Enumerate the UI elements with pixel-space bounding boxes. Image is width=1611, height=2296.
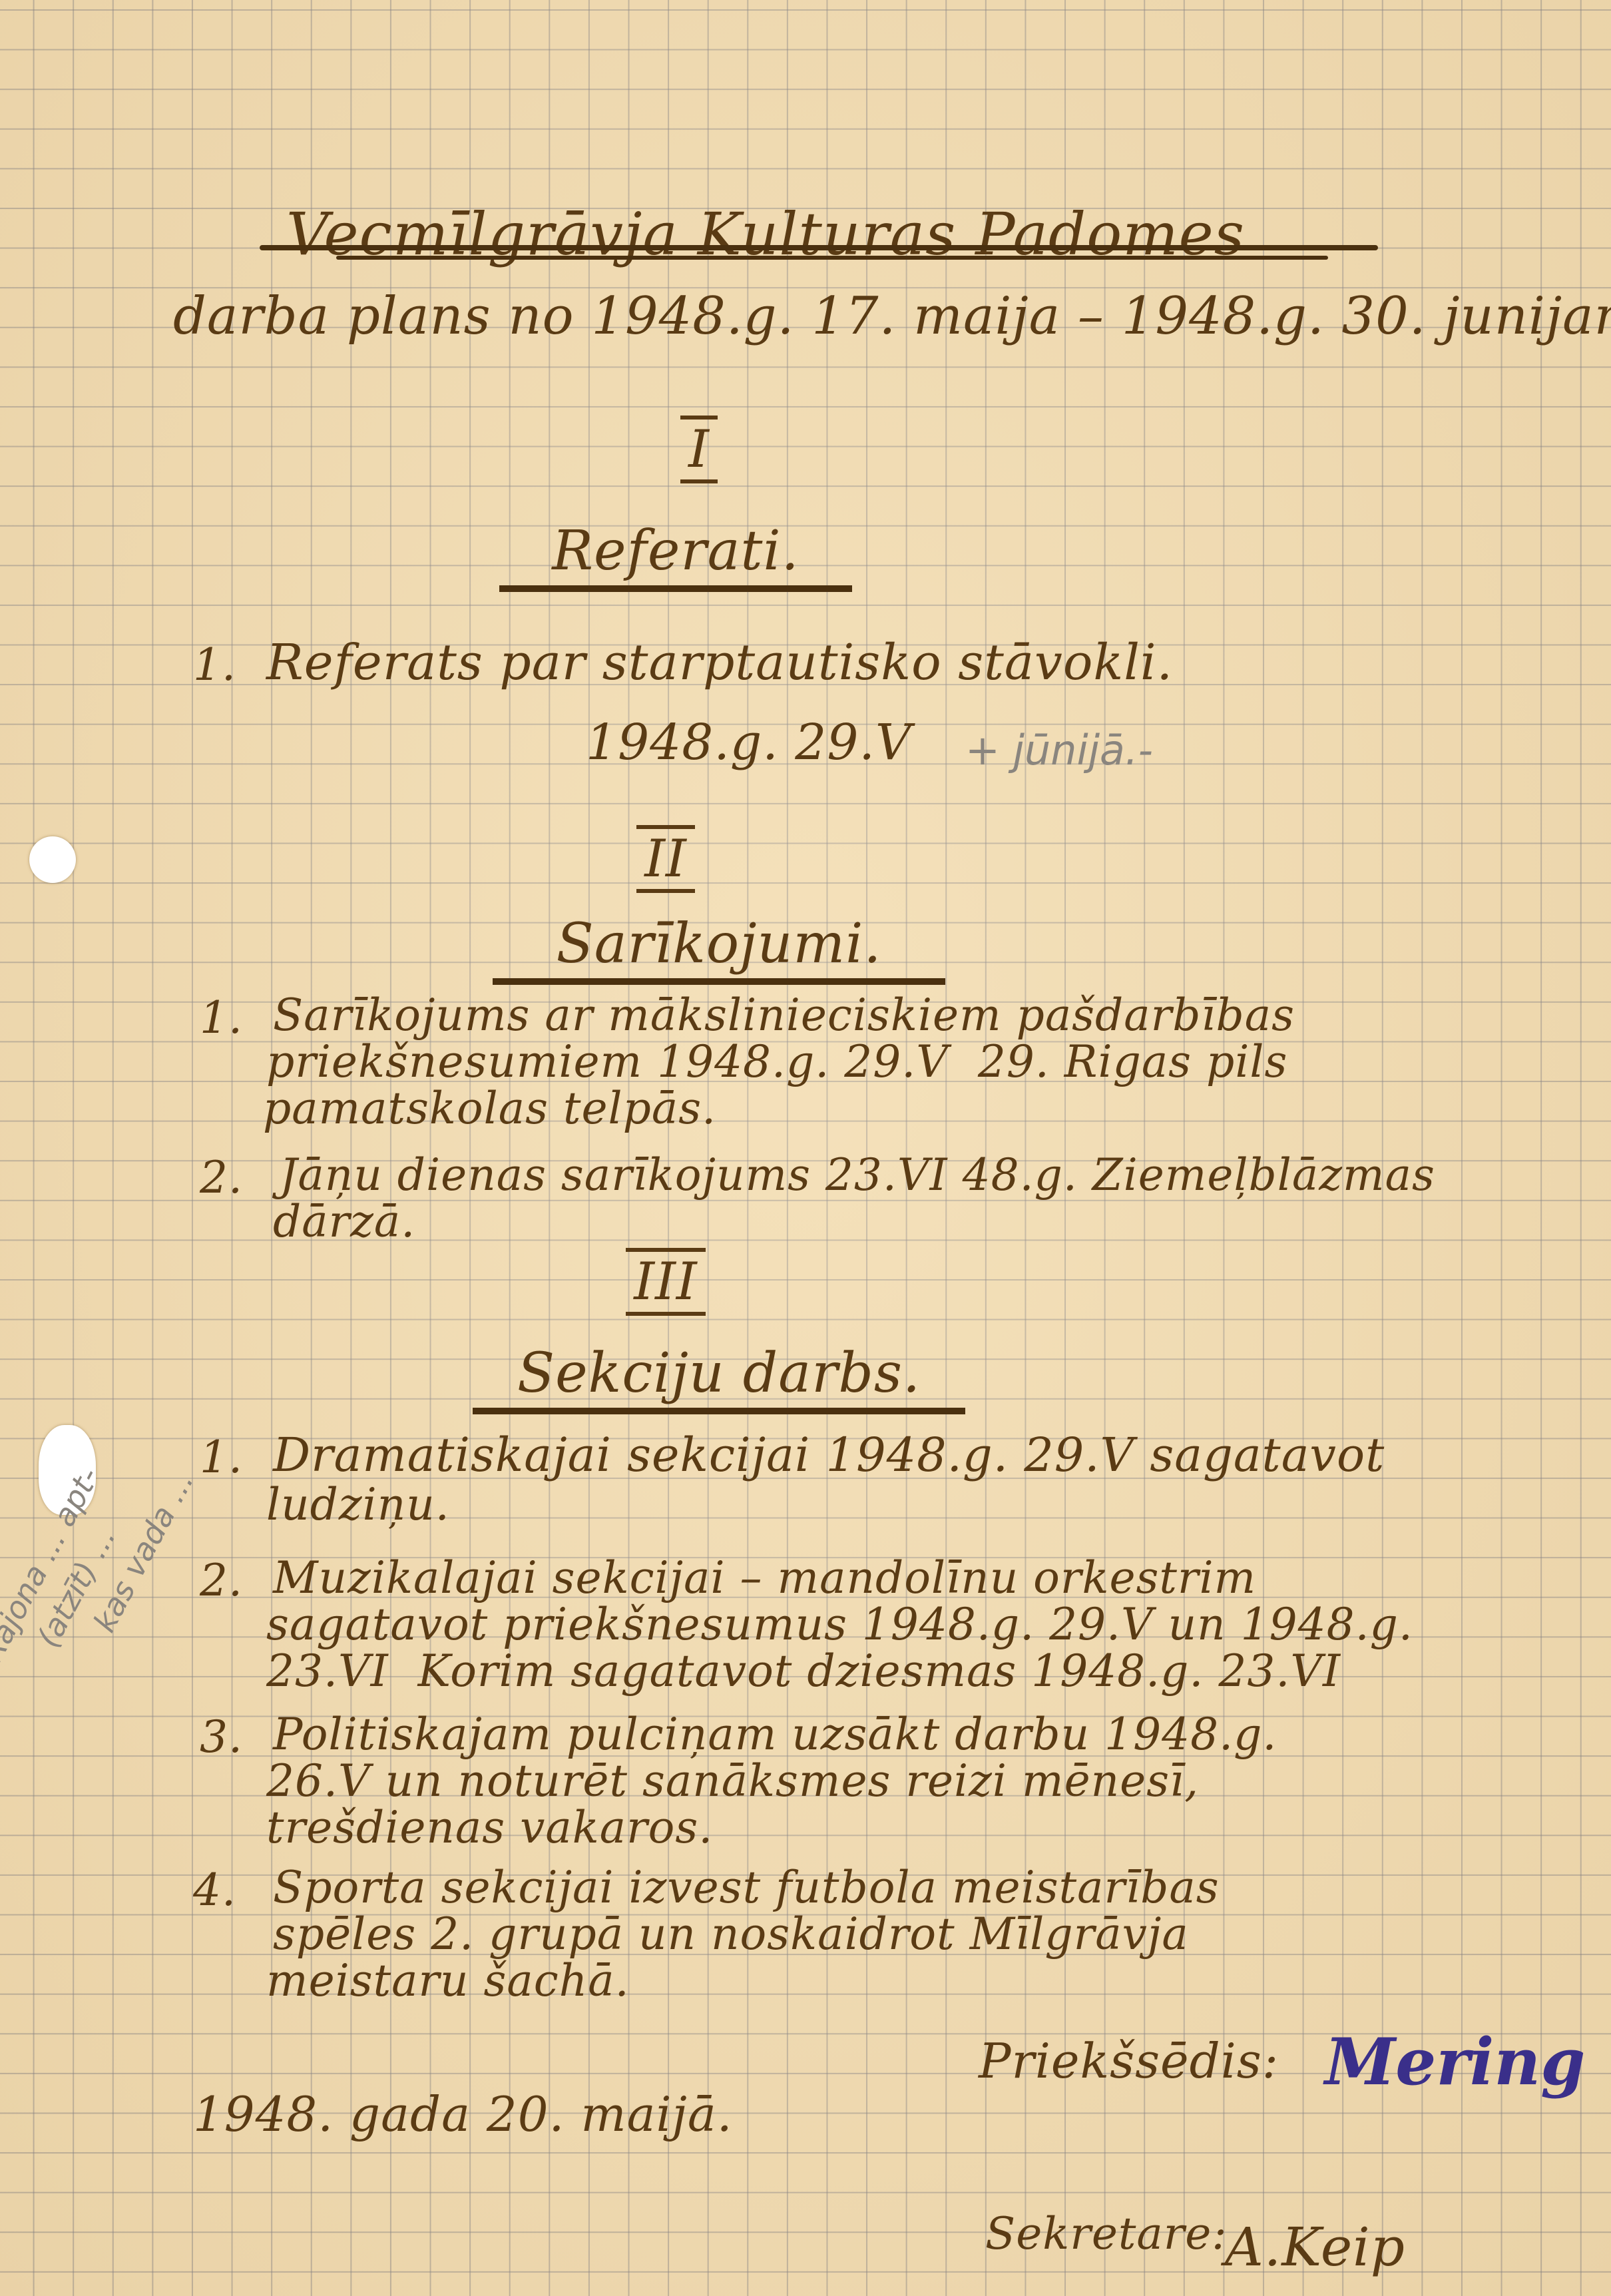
section-3-numeral-text: III [626,1248,705,1316]
title-underline-2 [336,256,1328,260]
section-2-item-1-line-2: priekšnesumiem 1948.g. 29.V 29. Rigas pi… [266,1039,1287,1085]
section-3-item-3-number: 3. [200,1711,243,1763]
title-underline-1 [260,245,1378,250]
section-2-item-2-line-1: Jāņu dienas sarīkojums 23.VI 48.g. Zieme… [280,1152,1435,1199]
document-date: 1948. gada 20. maijā. [193,2091,733,2138]
section-3-item-4-line-2: spēles 2. grupā un noskaidrot Mīlgrāvja [273,1911,1189,1958]
section-3-item-4-number: 4. [193,1865,236,1916]
section-2-numeral-text: II [636,825,695,893]
section-1-item-1-number: 1. [193,639,236,691]
section-3-item-4-line-3: meistaru šachā. [266,1958,630,2004]
section-2-item-1-number: 1. [200,992,243,1043]
section-3-numeral: III [599,1252,732,1312]
chairman-signature: Mering [1325,2024,1585,2100]
margin-pencil-note: Rajona ... apt- (atzīt) ... kas vada ... [0,1461,170,1702]
section-3-item-3-line-3: trešdienas vakaros. [266,1805,713,1851]
section-3-item-4-line-1: Sporta sekcijai izvest futbola meistarīb… [273,1865,1220,1911]
section-3-item-2-number: 2. [200,1555,243,1606]
section-3-item-3-line-1: Politiskajam pulciņam uzsākt darbu 1948.… [273,1711,1277,1758]
document-subtitle: darba plans no 1948.g. 17. maija – 1948.… [173,286,1611,346]
section-3-item-2-line-2: sagatavot priekšnesumus 1948.g. 29.V un … [266,1601,1413,1648]
section-3-item-3-line-2: 26.V un noturēt sanāksmes reizi mēnesī, [266,1758,1199,1805]
section-1-item-1-line-1: Referats par starptautisko stāvokli. [266,639,1173,686]
pencil-note-junija: + jūnijā.- [965,726,1153,774]
section-2-heading: Sarīkojumi. [493,912,945,985]
section-3-item-1-line-2: ludziņu. [266,1482,450,1528]
section-1-numeral: I [632,420,766,479]
section-2-numeral: II [599,829,732,889]
section-2-item-2-number: 2. [200,1152,243,1203]
section-2-item-1-line-3: pamatskolas telpās. [263,1085,716,1132]
secretary-signature: A.Keip [1225,2224,1405,2271]
section-1-item-1-line-2: 1948.g. 29.V [586,719,911,766]
section-1-heading: Referati. [499,519,852,592]
section-1-numeral-text: I [680,416,718,483]
section-3-heading: Sekciju darbs. [473,1342,965,1414]
secretary-label: Sekretare: [985,2211,1228,2257]
section-2-item-2-line-2: dārzā. [273,1199,415,1245]
section-3-item-1-line-1: Dramatiskajai sekcijai 1948.g. 29.V saga… [273,1432,1385,1478]
section-3-item-2-line-1: Muzikalajai sekcijai – mandolīnu orkestr… [273,1555,1256,1601]
hole-punch-top [29,836,76,883]
section-3-item-2-line-3: 23.VI Korim sagatavot dziesmas 1948.g. 2… [266,1648,1341,1695]
chairman-label: Priekšsēdis: [979,2038,1279,2084]
section-2-item-1-line-1: Sarīkojums ar mākslinieciskiem pašdarbīb… [273,992,1295,1039]
